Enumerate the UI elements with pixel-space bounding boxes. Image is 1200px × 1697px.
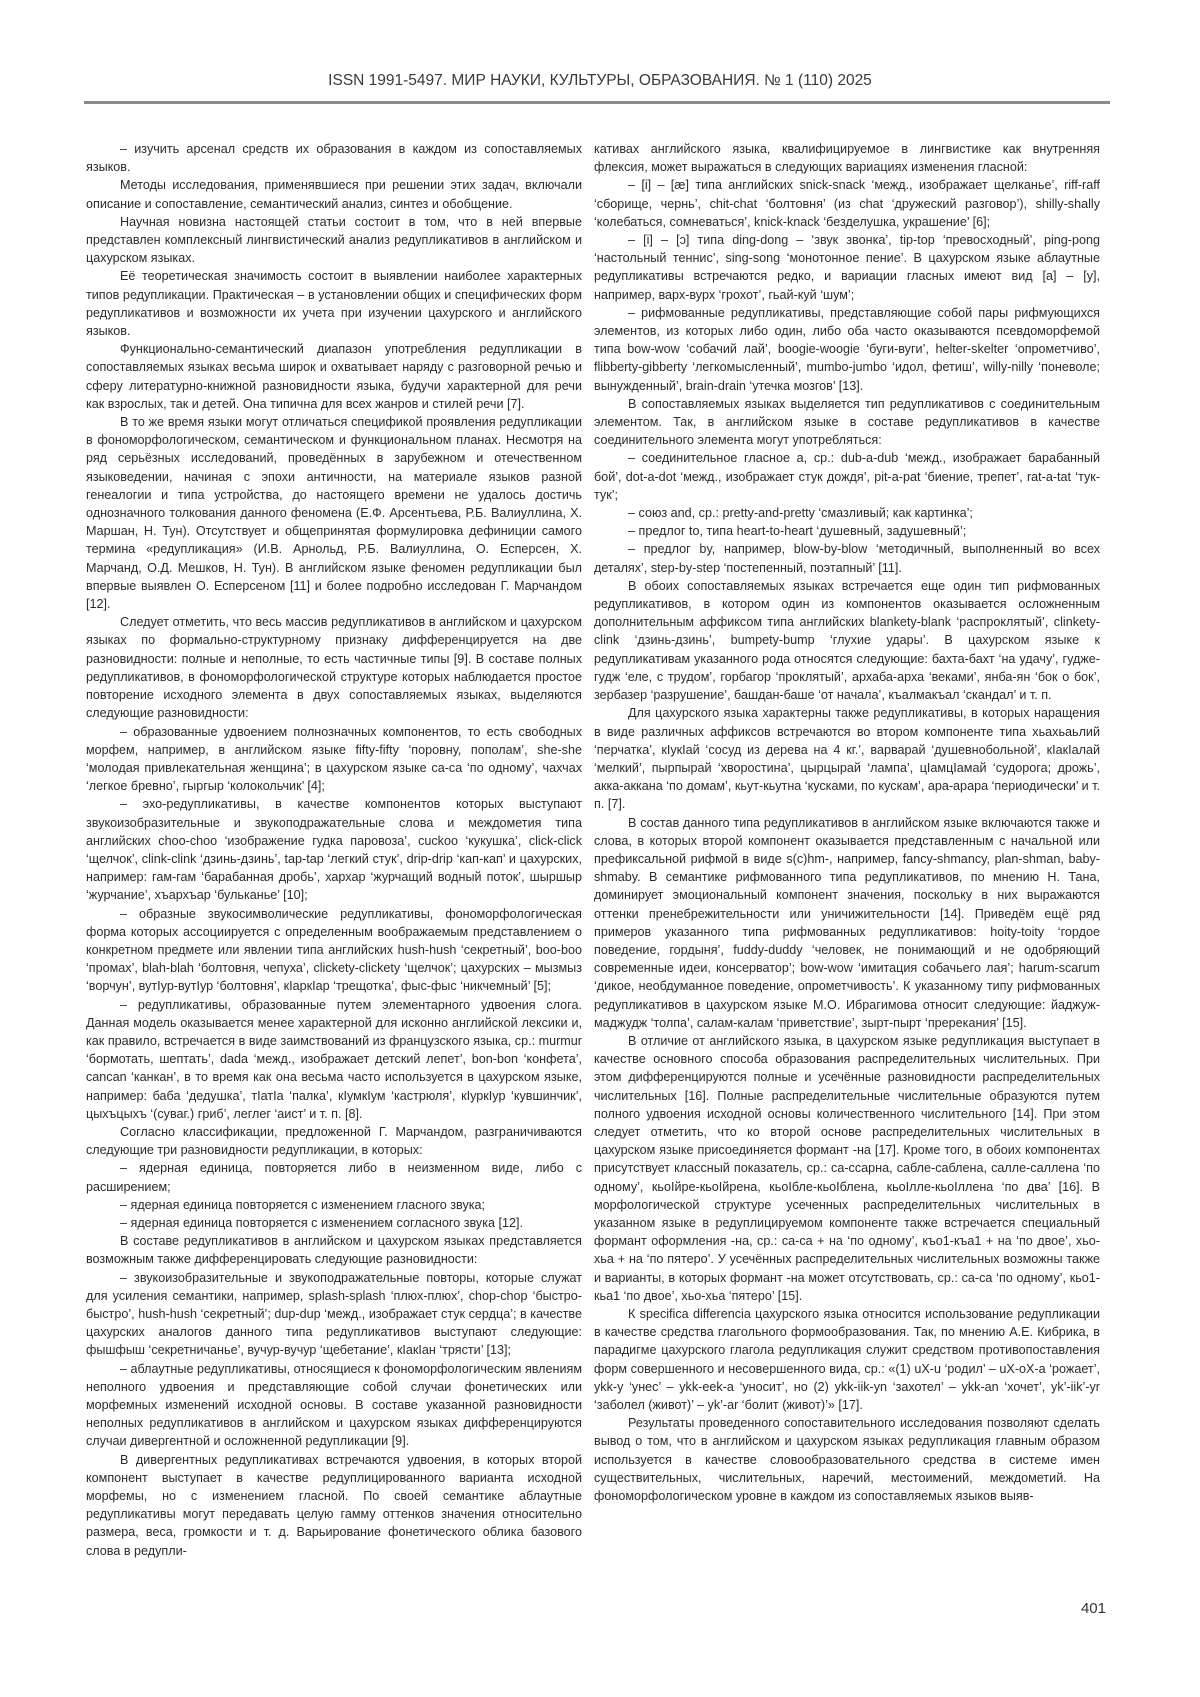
list-item: – предлог to, типа heart-to-heart ‘душев…: [594, 522, 1100, 540]
paragraph: – изучить арсенал средств их образования…: [86, 140, 582, 176]
list-item: – ядерная единица, повторяется либо в не…: [86, 1159, 582, 1195]
list-item: – [i] – [æ] типа английских snick-snack …: [594, 176, 1100, 231]
paragraph: Научная новизна настоящей статьи состоит…: [86, 213, 582, 268]
paragraph: В состав данного типа редупликативов в а…: [594, 814, 1100, 1032]
paragraph: Методы исследования, применявшиеся при р…: [86, 176, 582, 212]
running-header: ISSN 1991-5497. МИР НАУКИ, КУЛЬТУРЫ, ОБР…: [88, 72, 1112, 90]
list-item: – рифмованные редупликативы, представляю…: [594, 304, 1100, 395]
paragraph: В дивергентных редупликативах встречаютс…: [86, 1451, 582, 1560]
page-number: 401: [1060, 1600, 1106, 1617]
paragraph: В обоих сопоставляемых языках встречаетс…: [594, 577, 1100, 704]
paragraph: Её теоретическая значимость состоит в вы…: [86, 267, 582, 340]
paragraph: Функционально-семантический диапазон упо…: [86, 340, 582, 413]
header-divider: [84, 101, 1110, 104]
paragraph: К specifica differencia цахурского языка…: [594, 1305, 1100, 1414]
list-item: – ядерная единица повторяется с изменени…: [86, 1214, 582, 1232]
right-column: кативах английского языка, квалифицируем…: [594, 140, 1100, 1505]
paragraph: кативах английского языка, квалифицируем…: [594, 140, 1100, 176]
list-item: – [i] – [ɔ] типа ding-dong – ‘звук звонк…: [594, 231, 1100, 304]
list-item: – соединительное гласное а, ср.: dub-a-d…: [594, 449, 1100, 504]
list-item: – союз and, ср.: pretty-and-pretty ‘смаз…: [594, 504, 1100, 522]
list-item: – аблаутные редупликативы, относящиеся к…: [86, 1360, 582, 1451]
list-item: – эхо-редупликативы, в качестве компонен…: [86, 795, 582, 904]
paragraph: В сопоставляемых языках выделяется тип р…: [594, 395, 1100, 450]
list-item: – ядерная единица повторяется с изменени…: [86, 1196, 582, 1214]
list-item: – образованные удвоением полнозначных ко…: [86, 723, 582, 796]
paragraph: Согласно классификации, предложенной Г. …: [86, 1123, 582, 1159]
list-item: – образные звукосимволические редупликат…: [86, 905, 582, 996]
list-item: – предлог by, например, blow-by-blow ‘ме…: [594, 540, 1100, 576]
left-column: – изучить арсенал средств их образования…: [86, 140, 582, 1560]
paragraph: Результаты проведенного сопоставительног…: [594, 1414, 1100, 1505]
paragraph: Следует отметить, что весь массив редупл…: [86, 613, 582, 722]
paragraph: В составе редупликативов в английском и …: [86, 1232, 582, 1268]
paragraph: В то же время языки могут отличаться спе…: [86, 413, 582, 613]
paragraph: В отличие от английского языка, в цахурс…: [594, 1032, 1100, 1305]
list-item: – редупликативы, образованные путем элем…: [86, 996, 582, 1123]
paragraph: Для цахурского языка характерны также ре…: [594, 704, 1100, 813]
list-item: – звукоизобразительные и звукоподражател…: [86, 1269, 582, 1360]
